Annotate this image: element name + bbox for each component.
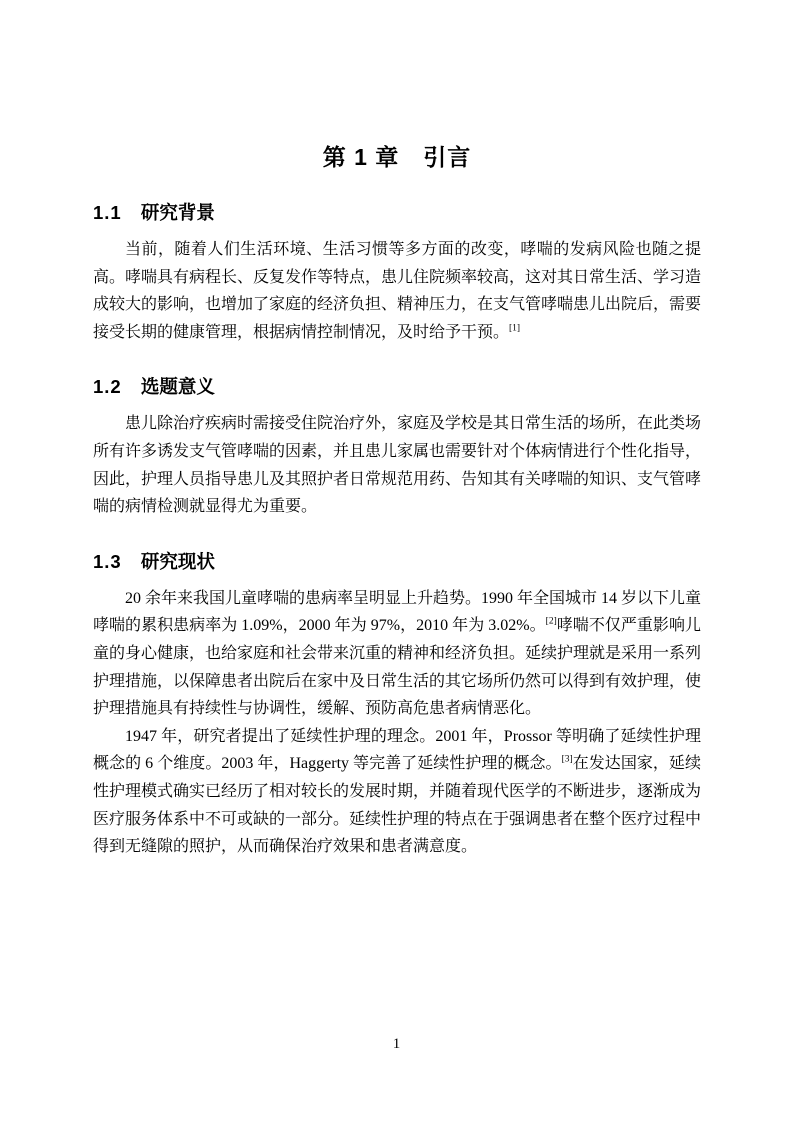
section-heading-research-background: 1.1 研究背景 [93,200,701,226]
paragraph-topic-significance: 患儿除治疗疾病时需接受住院治疗外，家庭及学校是其日常生活的场所，在此类场所有许多… [93,410,701,520]
chapter-title: 第 1 章 引言 [93,142,701,172]
citation-ref-1: [1] [509,323,520,333]
page-number: 1 [0,1036,793,1053]
section-title: 研究背景 [141,200,215,226]
paragraph-research-background: 当前，随着人们生活环境、生活习惯等多方面的改变，哮喘的发病风险也随之提高。哮喘具… [93,236,701,346]
paragraph-research-status-2: 1947 年，研究者提出了延续性护理的理念。2001 年，Prossor 等明确… [93,723,701,861]
section-number: 1.1 [93,200,122,226]
section-title: 选题意义 [141,374,215,400]
section-heading-research-status: 1.3 研究现状 [93,549,701,575]
section-heading-topic-significance: 1.2 选题意义 [93,374,701,400]
section-number: 1.3 [93,549,122,575]
paragraph-text: 患儿除治疗疾病时需接受住院治疗外，家庭及学校是其日常生活的场所，在此类场所有许多… [93,415,701,515]
paragraph-research-status-1: 20 余年来我国儿童哮喘的患病率呈明显上升趋势。1990 年全国城市 14 岁以… [93,585,701,723]
citation-ref-2: [2] [546,617,557,627]
section-title: 研究现状 [141,549,215,575]
citation-ref-3: [3] [562,755,573,765]
paragraph-text: 当前，随着人们生活环境、生活习惯等多方面的改变，哮喘的发病风险也随之提高。哮喘具… [93,241,701,341]
document-page: 第 1 章 引言 1.1 研究背景 当前，随着人们生活环境、生活习惯等多方面的改… [0,0,793,1122]
section-number: 1.2 [93,374,122,400]
